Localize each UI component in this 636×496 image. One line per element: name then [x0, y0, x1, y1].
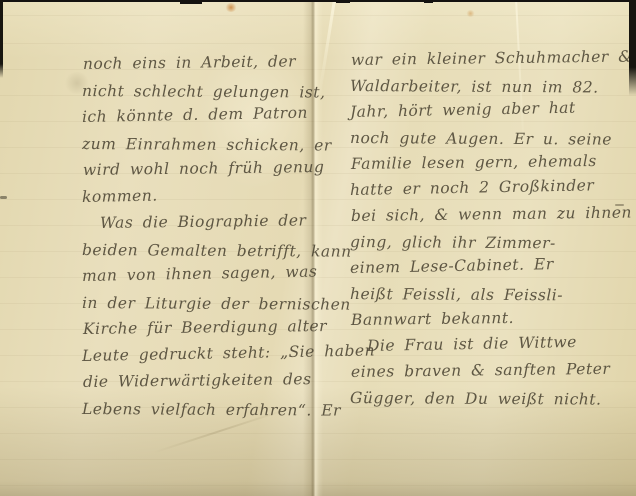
scan-edge-left — [0, 0, 3, 78]
rust-stain-small — [466, 10, 475, 17]
scan-edge-top — [0, 0, 636, 2]
handwriting-line: Was die Biographie der — [100, 208, 319, 237]
left-edge-speck — [0, 196, 7, 199]
handwriting-line: hatte er noch 2 Großkinder — [350, 173, 632, 204]
letter-scan: noch eins in Arbeit, dernicht schlecht g… — [0, 0, 636, 496]
handwriting-line: ich könnte d. dem Patron — [82, 100, 318, 131]
handwriting-line: war ein kleiner Schuhmacher & — [351, 45, 633, 74]
scan-edge-notch — [424, 0, 433, 3]
handwriting-line: einem Lese-Cabinet. Er — [350, 251, 632, 282]
handwriting-line: eines braven & sanften Peter — [351, 357, 633, 386]
handwriting-line: Die Frau ist die Wittwe — [367, 329, 632, 360]
handwriting-line: noch eins in Arbeit, der — [83, 49, 319, 78]
rust-stain — [225, 3, 237, 12]
handwriting-line: wird wohl noch früh genug — [83, 155, 319, 184]
letter-page-right: war ein kleiner Schuhmacher &Waldarbeite… — [350, 48, 632, 412]
handwriting-line: Jahr, hört wenig aber hat — [350, 95, 632, 126]
handwriting-line: man von ihnen sagen, was — [82, 259, 318, 290]
letter-page-left: noch eins in Arbeit, dernicht schlecht g… — [82, 52, 318, 423]
top-crease — [318, 0, 337, 96]
handwriting-line: Lebens vielfach erfahren“. Er — [82, 397, 318, 425]
handwriting-line: Leute gedruckt steht: „Sie haben — [82, 339, 318, 370]
scan-edge-notch — [180, 0, 202, 4]
handwriting-line: Gügger, den Du weißt nicht. — [350, 386, 632, 414]
handwriting-line: Kirche für Beerdigung alter — [83, 314, 319, 343]
handwriting-line: kommen. — [82, 180, 318, 211]
scan-edge-right — [629, 0, 636, 96]
handwriting-line: die Widerwärtigkeiten des — [83, 367, 319, 396]
handwriting-line: bei sich, & wenn man zu ihnen — [351, 201, 633, 230]
scan-edge-notch — [336, 0, 350, 3]
